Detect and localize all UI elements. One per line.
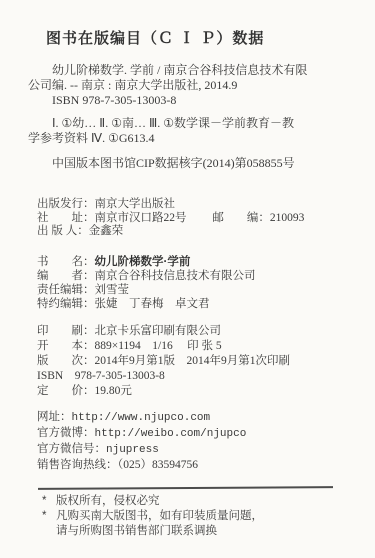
price-value: 19.80元 <box>95 385 132 397</box>
book-row: 编 者：南京合谷科技信息技术有限公司 <box>37 269 375 283</box>
cip-classification-block: Ⅰ. ①幼… Ⅱ. ①南… Ⅲ. ①数学课－学前教育－教 学参考资料 Ⅳ. ①G… <box>28 116 359 146</box>
field-value: 金鑫荣 <box>89 225 124 237</box>
field-label: 出 版 人： <box>37 225 89 237</box>
field-value: 张婕 丁春梅 卓文君 <box>95 298 210 310</box>
field-value: 南京合谷科技信息技术有限公司 <box>95 270 256 282</box>
field-label: 销售咨询热线： <box>37 459 118 471</box>
website-url: http://www.njupco.com <box>72 412 211 424</box>
field-label: 开 本： <box>37 340 95 352</box>
book-info-block: 书 名：幼儿阶梯数学·学前 编 者：南京合谷科技信息技术有限公司 责任编辑：刘雪… <box>37 255 375 311</box>
field-value: 南京市汉口路22号 邮 编：210093 <box>95 212 305 224</box>
wechat-id: njupress <box>106 444 159 456</box>
asterisk-bullet <box>42 524 56 539</box>
field-label: 社 址： <box>37 212 95 224</box>
contact-row: 网址：http://www.njupco.com <box>37 410 375 426</box>
field-label: 编 者： <box>37 270 95 282</box>
cip-record-line: 幼儿阶梯数学. 学前 / 南京合谷科技信息技术有限 <box>28 63 359 78</box>
field-label: ISBN <box>37 370 75 382</box>
field-value: 2014年9月第1版 2014年9月第1次印刷 <box>95 355 291 367</box>
book-row: 特约编辑：张婕 丁春梅 卓文君 <box>37 297 375 311</box>
book-row: 书 名：幼儿阶梯数学·学前 <box>37 255 375 269</box>
field-value: 北京卡乐富印刷有限公司 <box>95 325 222 337</box>
asterisk-bullet: * <box>42 509 56 524</box>
weibo-url: http://weibo.com/njupco <box>95 428 247 440</box>
copyright-note: *凡购买南大版图书，如有印装质量问题， <box>42 509 375 524</box>
cip-record-number-block: 中国版本图书馆CIP数据核字(2014)第058855号 <box>28 156 359 171</box>
cip-classification-line: 学参考资料 Ⅳ. ①G613.4 <box>28 131 359 146</box>
book-title-value: 幼儿阶梯数学·学前 <box>95 256 191 268</box>
field-label: 特约编辑： <box>37 298 95 310</box>
isbn-value: 978-7-305-13003-8 <box>75 370 165 382</box>
note-text: 请与所购图书销售部门联系调换 <box>56 524 217 539</box>
copyright-note: *版权所有，侵权必究 <box>42 494 375 509</box>
cip-record-block: 幼儿阶梯数学. 学前 / 南京合谷科技信息技术有限 公司编. -- 南京 : 南… <box>28 63 359 108</box>
footer-divider-line <box>38 486 333 490</box>
note-text: 版权所有，侵权必究 <box>56 494 160 509</box>
field-label: 责任编辑： <box>37 284 95 296</box>
contact-info-block: 网址：http://www.njupco.com 官方微博：http://wei… <box>37 410 375 473</box>
cip-header-title: 图书在版编目（Ｃ Ｉ Ｐ）数据 <box>46 27 375 48</box>
printing-row: ISBN 978-7-305-13003-8 <box>37 369 375 384</box>
field-value: 889×1194 1/16 印 张 5 <box>95 340 222 352</box>
copyright-notes-block: *版权所有，侵权必究 *凡购买南大版图书，如有印装质量问题， 请与所购图书销售部… <box>42 494 375 539</box>
contact-row: 官方微博：http://weibo.com/njupco <box>37 426 375 442</box>
printing-row: 版 次：2014年9月第1版 2014年9月第1次印刷 <box>37 354 375 369</box>
publisher-info-block: 出版发行：南京大学出版社 社 址：南京市汉口路22号 邮 编：210093 出 … <box>37 198 375 239</box>
sales-hotline: （025）83594756 <box>118 459 199 471</box>
field-value: 南京大学出版社 <box>95 198 176 210</box>
cip-record-line: 公司编. -- 南京 : 南京大学出版社, 2014.9 <box>28 78 359 93</box>
cip-classification-line: Ⅰ. ①幼… Ⅱ. ①南… Ⅲ. ①数学课－学前教育－教 <box>28 116 359 131</box>
cip-isbn-line: ISBN 978-7-305-13003-8 <box>28 93 359 108</box>
printing-row: 印 刷：北京卡乐富印刷有限公司 <box>37 324 375 339</box>
contact-row: 销售咨询热线：（025）83594756 <box>37 458 375 473</box>
publisher-row: 出版发行：南京大学出版社 <box>37 198 375 212</box>
contact-row: 官方微信号：njupress <box>37 442 375 458</box>
field-label: 定 价： <box>37 385 95 397</box>
field-label: 网址： <box>37 411 72 423</box>
printing-info-block: 印 刷：北京卡乐富印刷有限公司 开 本：889×1194 1/16 印 张 5 … <box>37 324 375 399</box>
note-text: 凡购买南大版图书，如有印装质量问题， <box>56 509 263 524</box>
field-label: 出版发行： <box>37 198 95 210</box>
field-value: 刘雪莹 <box>95 284 130 296</box>
copyright-page: 图书在版编目（Ｃ Ｉ Ｐ）数据 幼儿阶梯数学. 学前 / 南京合谷科技信息技术有… <box>0 0 375 558</box>
printing-row: 开 本：889×1194 1/16 印 张 5 <box>37 339 375 354</box>
field-label: 官方微信号： <box>37 443 106 455</box>
cip-record-number: 中国版本图书馆CIP数据核字(2014)第058855号 <box>28 156 359 171</box>
field-label: 官方微博： <box>37 427 95 439</box>
field-label: 印 刷： <box>37 325 95 337</box>
copyright-note: 请与所购图书销售部门联系调换 <box>42 524 375 539</box>
publisher-row: 出 版 人：金鑫荣 <box>37 225 375 239</box>
field-label: 书 名： <box>37 256 95 268</box>
publisher-row: 社 址：南京市汉口路22号 邮 编：210093 <box>37 212 375 226</box>
book-row: 责任编辑：刘雪莹 <box>37 283 375 297</box>
asterisk-bullet: * <box>42 494 56 509</box>
field-label: 版 次： <box>37 355 95 367</box>
printing-row: 定 价：19.80元 <box>37 384 375 399</box>
